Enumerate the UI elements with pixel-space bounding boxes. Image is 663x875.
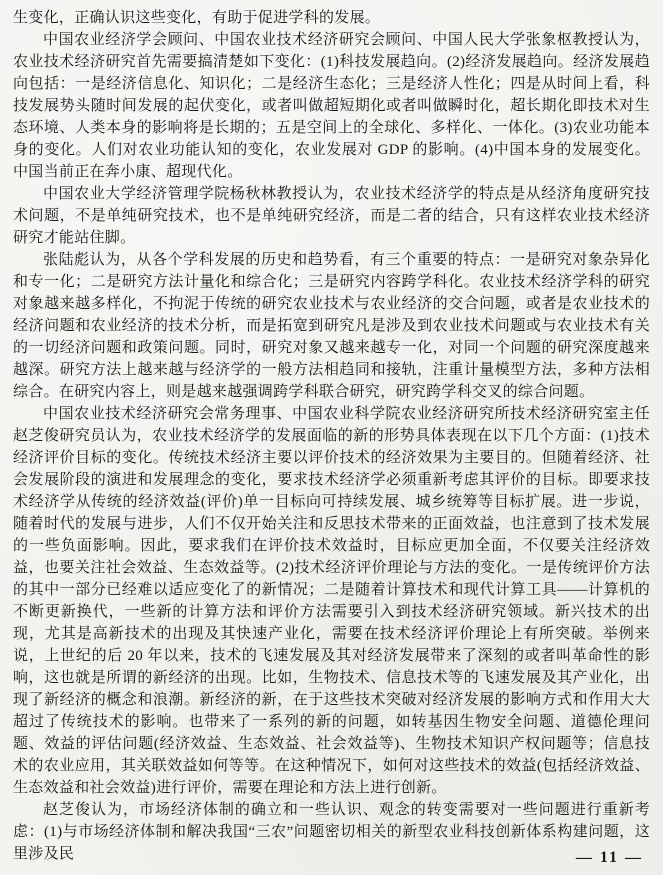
paragraph-zhang-xiangshu: 中国农业经济学会顾问、中国农业技术经济研究会顾问、中国人民大学张象枢教授认为，农… xyxy=(13,29,650,183)
paragraph-continuation: 生变化，正确认识这些变化，有助于促进学科的发展。 xyxy=(13,7,650,29)
paragraph-zhao-zhijun-market: 赵芝俊认为，市场经济体制的确立和一些认识、观念的转变需要对一些问题进行重新考虑：… xyxy=(13,799,650,865)
paragraph-zhao-zhijun-trends: 中国农业技术经济研究会常务理事、中国农业科学院农业经济研究所技术经济研究室主任赵… xyxy=(13,403,650,799)
paragraph-zhang-lubiao: 张陆彪认为，从各个学科发展的历史和趋势看，有三个重要的特点：一是研究对象杂异化和… xyxy=(13,249,650,403)
paragraph-yang-qiulin: 中国农业大学经济管理学院杨秋林教授认为，农业技术经济学的特点是从经济角度研究技术… xyxy=(13,183,650,249)
page-number: — 11 — xyxy=(576,849,643,866)
document-page: 生变化，正确认识这些变化，有助于促进学科的发展。 中国农业经济学会顾问、中国农业… xyxy=(0,0,663,875)
page-footer: — 11 — xyxy=(576,849,643,867)
article-body: 生变化，正确认识这些变化，有助于促进学科的发展。 中国农业经济学会顾问、中国农业… xyxy=(13,7,650,865)
